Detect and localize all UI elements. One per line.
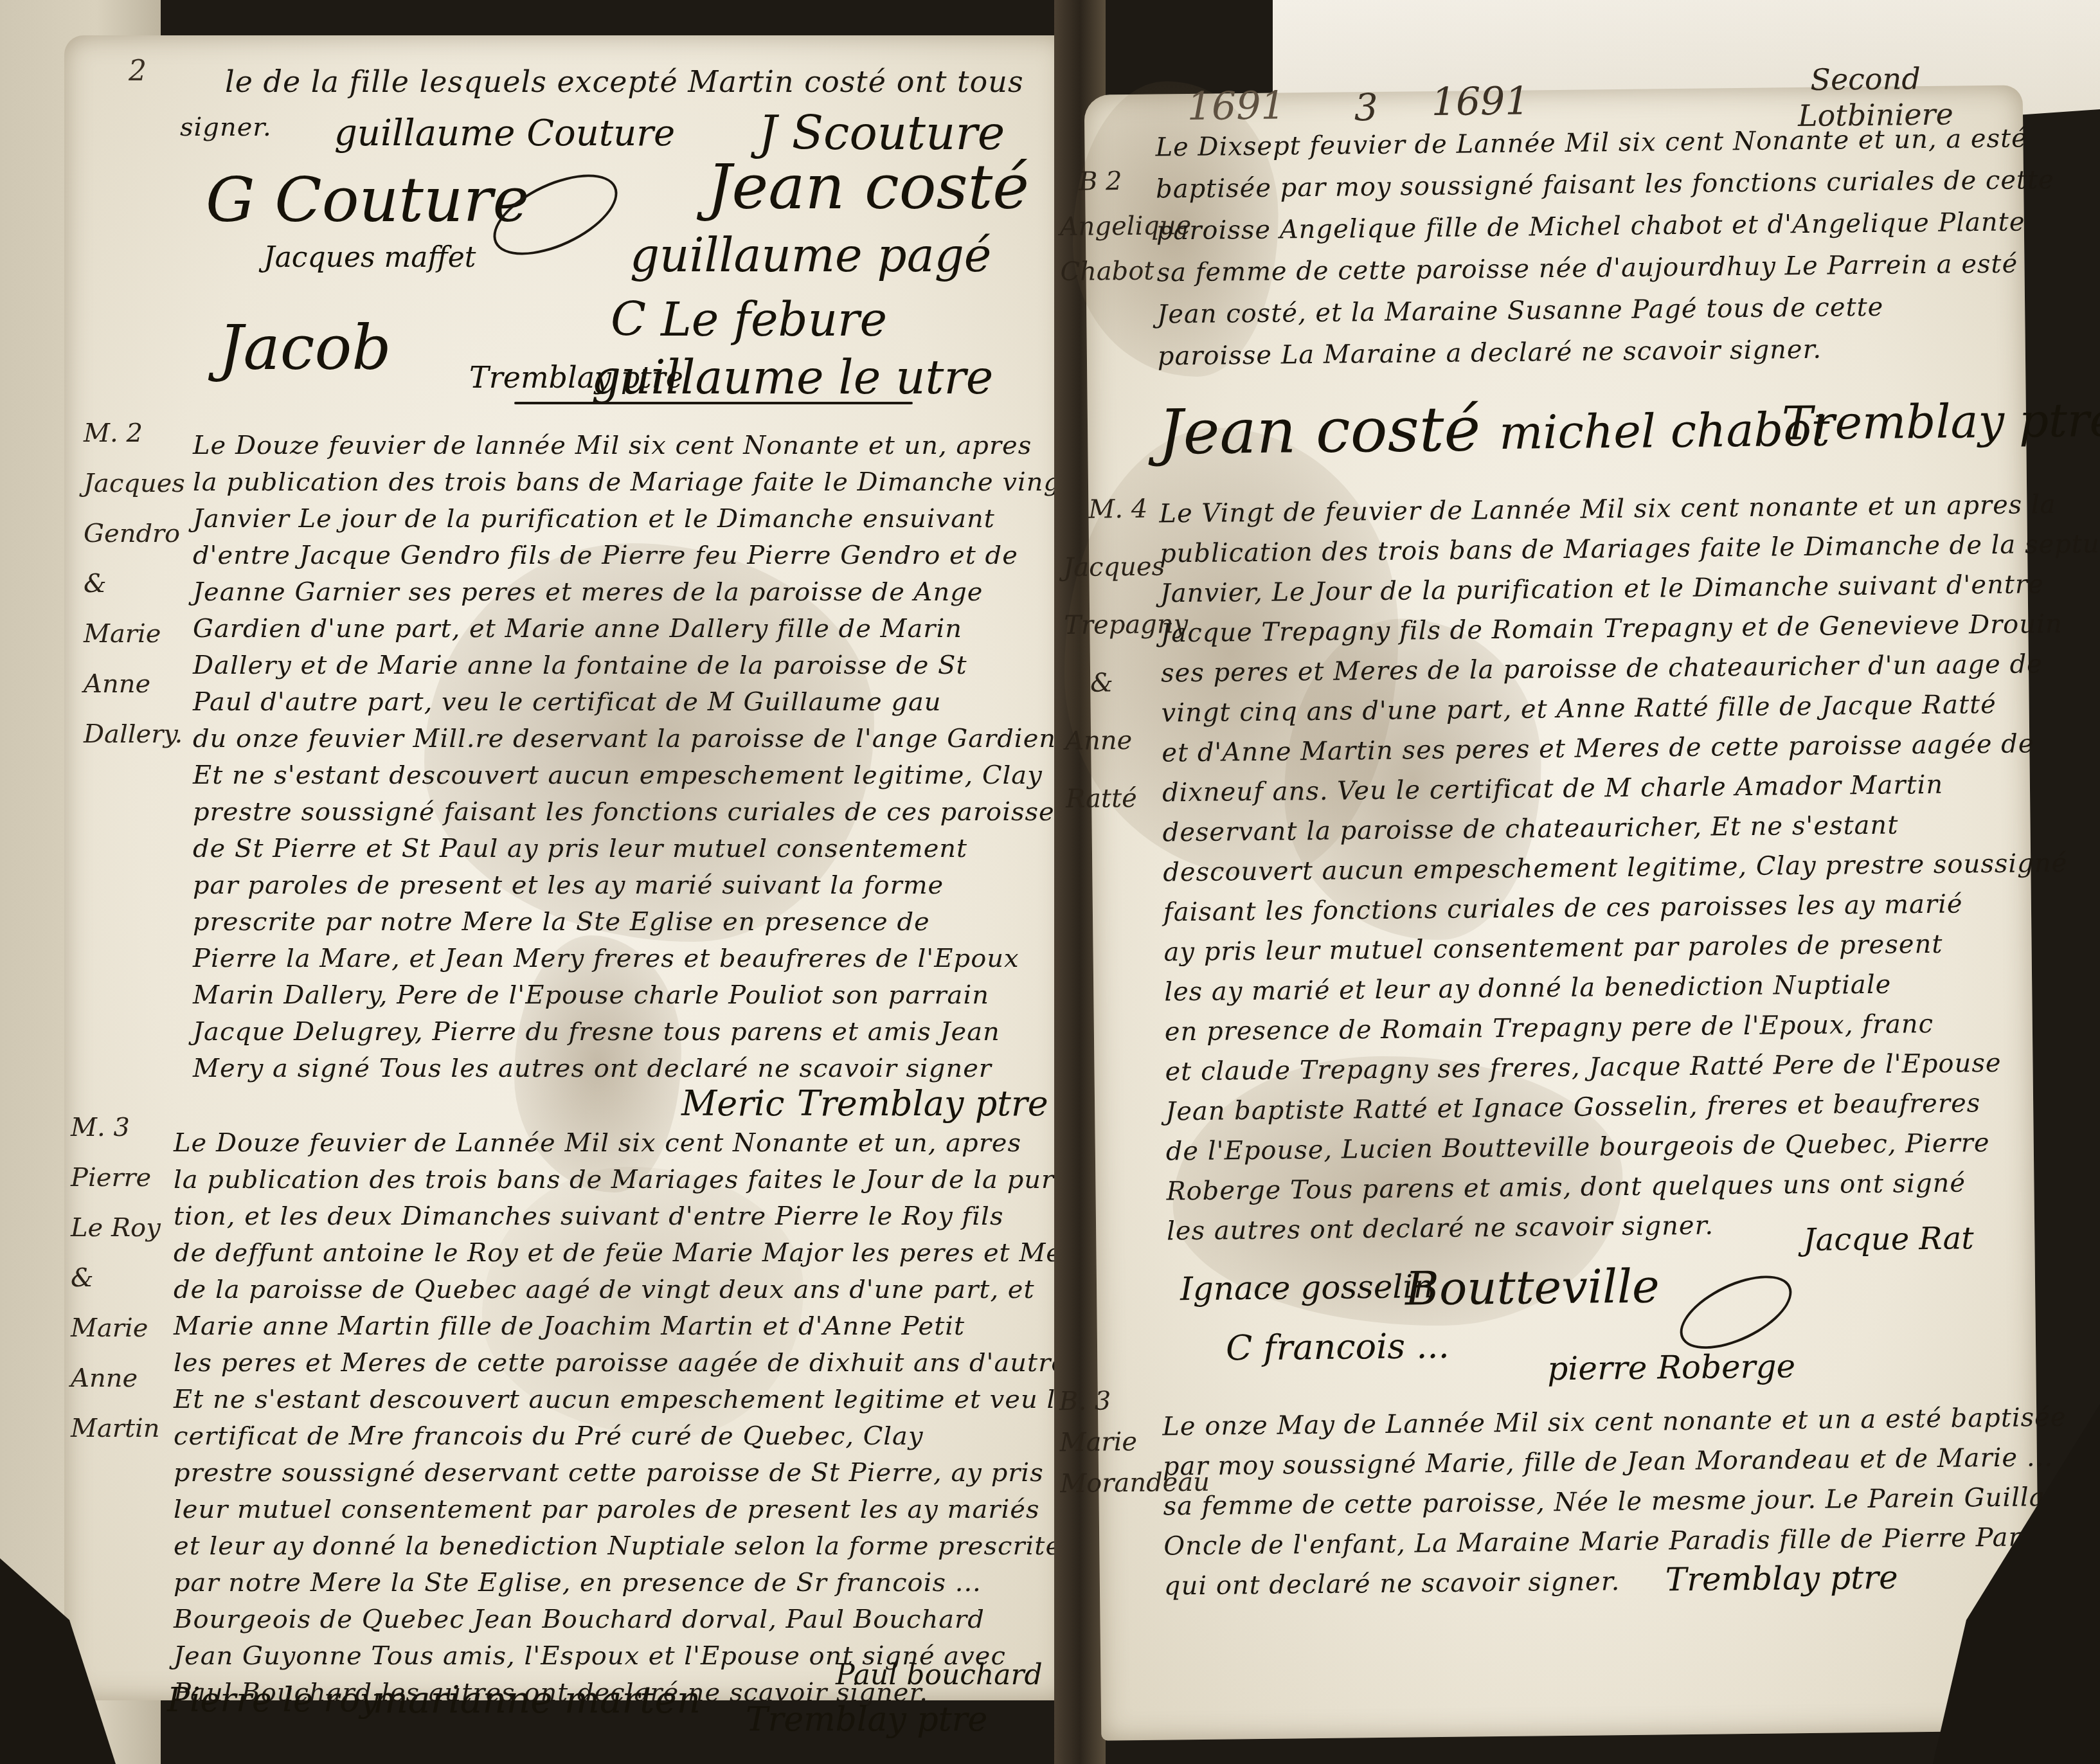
margin-annotation-b3: B. 3 Marie Morandeau <box>1059 1380 1210 1504</box>
text-line: leur mutuel consentement par paroles de … <box>174 1495 1039 1524</box>
text-line: prestre soussigné deservant cette parois… <box>174 1458 1044 1488</box>
parish-note: Second Lotbiniere <box>1797 60 1953 134</box>
text-line: de la paroisse de Quebec aagé de vingt d… <box>174 1275 1035 1304</box>
text-line: descouvert aucun empeschement legitime, … <box>1163 849 2067 888</box>
signature: Tremblay ptre <box>1665 1559 1898 1599</box>
margin-line: & <box>84 559 185 609</box>
margin-line: M. 3 <box>71 1102 161 1153</box>
text-line: les autres ont declaré ne scavoir signer… <box>1167 1211 1714 1246</box>
text-line: Janvier Le jour de la purification et le… <box>193 504 995 534</box>
note-line: Second <box>1797 60 1953 98</box>
text-line: Gardien d'une part, et Marie anne Daller… <box>193 614 962 643</box>
text-line: Le Douze feuvier de lannée Mil six cent … <box>193 431 1032 460</box>
text-line: la publication des trois bans de Mariage… <box>193 467 1072 497</box>
signature: Tremblay ptre <box>746 1700 987 1739</box>
text-line: Janvier, Le Jour de la purification et l… <box>1160 570 2044 608</box>
signature: Pierre le roy <box>167 1681 379 1720</box>
margin-line: Le Roy <box>71 1203 161 1253</box>
text-line: Oncle de l'enfant, La Maraine Marie Para… <box>1163 1522 2078 1562</box>
signature-underline <box>514 402 913 404</box>
text-line: qui ont declaré ne scavoir signer. <box>1164 1567 1620 1601</box>
text-line: Jean baptiste Ratté et Ignace Gosselin, … <box>1165 1088 1980 1126</box>
archive-stamp: 1691 <box>1187 83 1285 129</box>
text-line: en presence de Romain Trepagny pere de l… <box>1165 1009 1934 1047</box>
text-line: vingt cinq ans d'une part, et Anne Ratté… <box>1161 690 1997 728</box>
text-line: d'entre Jacque Gendro fils de Pierre feu… <box>193 541 1018 570</box>
margin-line: Dallery. <box>84 709 185 759</box>
text-line: baptisée par moy soussigné faisant les f… <box>1156 165 2054 204</box>
text-line: signer. <box>180 113 272 142</box>
year-heading: 1691 <box>1431 78 1529 125</box>
text-line: faisant les fonctions curiales de ces pa… <box>1163 889 1963 927</box>
signature: C francois ... <box>1226 1326 1449 1369</box>
signature: Paul bouchard <box>836 1659 1043 1691</box>
margin-line: M. 2 <box>84 408 185 458</box>
text-line: Pierre la Mare, et Jean Mery freres et b… <box>193 944 1019 973</box>
text-line: prestre soussigné faisant les fonctions … <box>193 797 1068 827</box>
signature: michel chabot <box>1499 402 1830 460</box>
text-line: ay pris leur mutuel consentement par par… <box>1163 930 1943 968</box>
signature: Tremblay ptre <box>1782 393 2100 450</box>
left-page: 2 le de la fille lesquels excepté Martin… <box>64 35 1067 1700</box>
text-line: Paul d'autre part, veu le certificat de … <box>193 687 942 717</box>
text-line: sa femme de cette paroisse née d'aujourd… <box>1156 249 2018 288</box>
signature: Jacque Rat <box>1803 1220 1974 1258</box>
text-line: Roberge Tous parens et amis, dont quelqu… <box>1166 1168 1966 1206</box>
text-line: Et ne s'estant descouvert aucun empesche… <box>193 760 1043 790</box>
text-line: ses peres et Meres de la paroisse de cha… <box>1161 649 2043 688</box>
margin-line: Marie <box>84 609 185 659</box>
text-line: Et ne s'estant descouvert aucun empesche… <box>174 1385 1072 1414</box>
margin-line: Marie <box>71 1303 161 1353</box>
text-line: Bourgeois de Quebec Jean Bouchard dorval… <box>174 1605 985 1634</box>
signature: guillaume Couture <box>334 113 675 154</box>
text-line: Mery a signé Tous les autres ont declaré… <box>193 1054 992 1083</box>
text-line: Marie anne Martin fille de Joachim Marti… <box>174 1311 965 1341</box>
text-line: de l'Epouse, Lucien Boutteville bourgeoi… <box>1166 1128 1990 1166</box>
margin-line: Anne <box>71 1353 161 1403</box>
signature: guillaume pagé <box>630 228 991 282</box>
text-line: de St Pierre et St Paul ay pris leur mut… <box>193 834 967 863</box>
text-line: et leur ay donné la benediction Nuptiale… <box>174 1531 1061 1561</box>
text-line: et d'Anne Martin ses peres et Meres de c… <box>1162 729 2034 768</box>
text-line: Marin Dallery, Pere de l'Epouse charle P… <box>193 980 989 1010</box>
text-line: Le Vingt de feuvier de Lannée Mil six ce… <box>1159 490 2056 529</box>
margin-line: Martin <box>71 1403 161 1453</box>
signature: Jean costé <box>1158 393 1481 468</box>
text-line: par notre Mere la Ste Eglise, en presenc… <box>174 1568 982 1598</box>
text-line: Jacque Trepagny fils de Romain Trepagny … <box>1160 609 2063 649</box>
text-line: la publication des trois bans de Mariage… <box>174 1165 1113 1194</box>
text-line: Jean costé, et la Maraine Susanne Pagé t… <box>1157 292 1884 330</box>
text-line: sa femme de cette paroisse, Née le mesme… <box>1163 1480 2100 1521</box>
text-line: Dallery et de Marie anne la fontaine de … <box>193 651 967 680</box>
signature: G Couture <box>206 164 529 236</box>
signature: Jacques maffet <box>264 241 476 274</box>
text-line: certificat de Mre francois du Pré curé d… <box>174 1421 924 1451</box>
margin-annotation-m2: M. 2 Jacques Gendro & Marie Anne Dallery… <box>84 408 185 759</box>
margin-line: Jacques <box>84 458 185 509</box>
text-line: Le Douze feuvier de Lannée Mil six cent … <box>174 1128 1021 1158</box>
text-line: paroisse La Maraine a declaré ne scavoir… <box>1158 335 1822 372</box>
text-line: paroisse Angelique fille de Michel chabo… <box>1156 207 2025 246</box>
signature: marianne marten <box>373 1678 701 1722</box>
page-number: 2 <box>129 55 147 87</box>
text-line: et claude Trepagny ses freres, Jacque Ra… <box>1165 1048 2001 1087</box>
text-line: Jacque Delugrey, Pierre du fresne tous p… <box>193 1017 1000 1047</box>
text-line: publication des trois bans de Mariages f… <box>1160 529 2100 569</box>
text-line: tion, et les deux Dimanches suivant d'en… <box>174 1201 1003 1231</box>
text-line: les peres et Meres de cette paroisse aag… <box>174 1348 1133 1378</box>
signature: Tremblay ptre <box>797 1083 1048 1124</box>
text-line: Le Dixsept feuvier de Lannée Mil six cen… <box>1155 123 2027 162</box>
text-line: du onze feuvier Mill.re deservant la par… <box>193 724 1056 753</box>
margin-annotation-m3: M. 3 Pierre Le Roy & Marie Anne Martin <box>71 1102 161 1453</box>
margin-line: Pierre <box>71 1153 161 1203</box>
signature: guillaume le utre <box>591 350 993 404</box>
text-line: de deffunt antoine le Roy et de feüe Mar… <box>174 1238 1104 1268</box>
signature: Boutteville <box>1405 1259 1660 1315</box>
margin-line: Anne <box>84 659 185 709</box>
signature: C Le febure <box>611 292 887 346</box>
signature: Jacob <box>219 312 391 384</box>
text-line: deservant la paroisse de chateauricher, … <box>1162 811 1898 848</box>
page-number: 3 <box>1354 85 1379 129</box>
text-line: par moy soussigné Marie, fille de Jean M… <box>1163 1443 2053 1482</box>
right-page: 1691 3 1691 Second Lotbiniere B 2 Angeli… <box>1084 85 2040 1740</box>
signature: Ignace gosselin <box>1180 1268 1434 1308</box>
signature: Jean costé <box>707 151 1029 223</box>
text-line: prescrite par notre Mere la Ste Eglise e… <box>193 907 930 937</box>
text-line: dixneuf ans. Veu le certificat de M char… <box>1162 770 1944 808</box>
margin-annotation-m4: M. 4 Jacques Trepagny & Anne Ratté <box>1063 480 1190 828</box>
text-line: le de la fille lesquels excepté Martin c… <box>225 64 1024 99</box>
text-line: les ay marié et leur ay donné la benedic… <box>1164 970 1891 1007</box>
margin-line: & <box>71 1253 161 1303</box>
signature: pierre Roberge <box>1547 1347 1795 1387</box>
text-line: Jeanne Garnier ses peres et meres de la … <box>193 577 983 607</box>
margin-line: Gendro <box>84 509 185 559</box>
signature: Meric <box>681 1083 785 1124</box>
text-line: par paroles de present et les ay marié s… <box>193 870 944 900</box>
text-line: Le onze May de Lannée Mil six cent nonan… <box>1162 1403 2067 1442</box>
